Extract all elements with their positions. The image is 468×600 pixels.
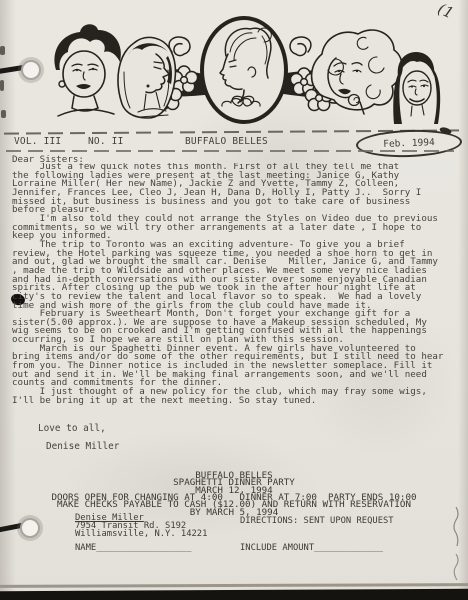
letter-signature: Denise Miller (46, 441, 119, 452)
amount-label: INCLUDE AMOUNT (240, 543, 314, 553)
dinner-notice: BUFFALO BELLES SPAGHETTI DINNER PARTY MA… (14, 472, 454, 516)
edge-mark (0, 46, 5, 55)
edge-mark (1, 110, 6, 118)
reservation-name-field[interactable]: NAME__________________ (75, 543, 192, 553)
masthead-volume: VOL. III (14, 136, 61, 147)
contact-block: Denise Miller 7954 Transit Rd. S192 Will… (75, 514, 207, 538)
pen-squiggle (448, 505, 462, 549)
masthead-number: NO. II (88, 136, 124, 147)
directions-note: DIRECTIONS: SENT UPON REQUEST (240, 516, 394, 526)
newsletter-page: (1 (0, 0, 468, 592)
amount-blank-line[interactable]: _____________ (314, 543, 383, 553)
pen-squiggle (449, 552, 463, 582)
rose-ornament (348, 95, 359, 106)
dashed-rule-bottom (6, 150, 454, 152)
cameo-medallion (202, 18, 286, 122)
scan-background (0, 589, 468, 600)
portrait-woman-profile (118, 37, 175, 118)
masthead-illustration (22, 12, 458, 130)
letter-body: Just a few quick notes this month. First… (12, 163, 464, 405)
scanned-newsletter-screenshot: (1 (0, 0, 468, 600)
punch-hole-bottom (20, 518, 40, 538)
name-blank-line[interactable]: __________________ (96, 543, 191, 553)
reservation-amount-field[interactable]: INCLUDE AMOUNT_____________ (240, 543, 383, 553)
masthead-date: Feb. 1994 (383, 137, 435, 150)
contact-address-line2: Williamsville, N.Y. 14221 (75, 530, 207, 538)
masthead-title: BUFFALO BELLES (185, 136, 268, 147)
letter-closing: Love to all, (38, 423, 106, 434)
pen-circle-annotation: Feb. 1994 (356, 128, 463, 159)
portrait-woman-dark-hair (393, 52, 440, 124)
name-label: NAME (75, 543, 96, 553)
edge-mark (0, 80, 4, 91)
portrait-woman-updo (54, 24, 120, 116)
